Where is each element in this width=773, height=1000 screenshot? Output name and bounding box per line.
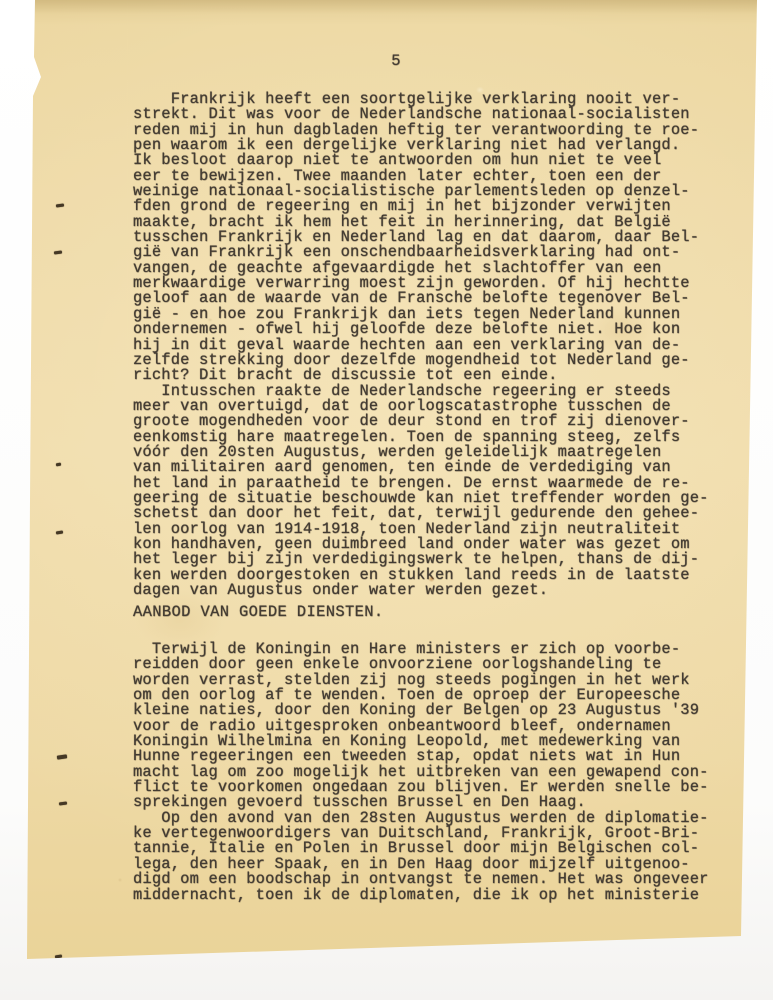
body-text-block-1: Frankrijk heeft een soortgelijke verklar… <box>133 92 709 598</box>
margin-mark <box>56 463 61 467</box>
margin-mark <box>54 250 62 254</box>
document-page: 5 Frankrijk heeft een soortgelijke verkl… <box>0 0 773 1000</box>
scanned-page-canvas: 5 Frankrijk heeft een soortgelijke verkl… <box>0 0 773 1000</box>
page-number: 5 <box>35 54 757 69</box>
margin-mark <box>57 754 67 759</box>
margin-mark <box>56 203 64 207</box>
section-heading: AANBOD VAN GOEDE DIENSTEN. <box>133 605 384 620</box>
body-text-block-2: Terwijl de Koningin en Hare ministers er… <box>133 642 709 903</box>
margin-mark <box>56 531 63 535</box>
margin-mark <box>59 801 67 805</box>
margin-mark <box>55 955 62 959</box>
